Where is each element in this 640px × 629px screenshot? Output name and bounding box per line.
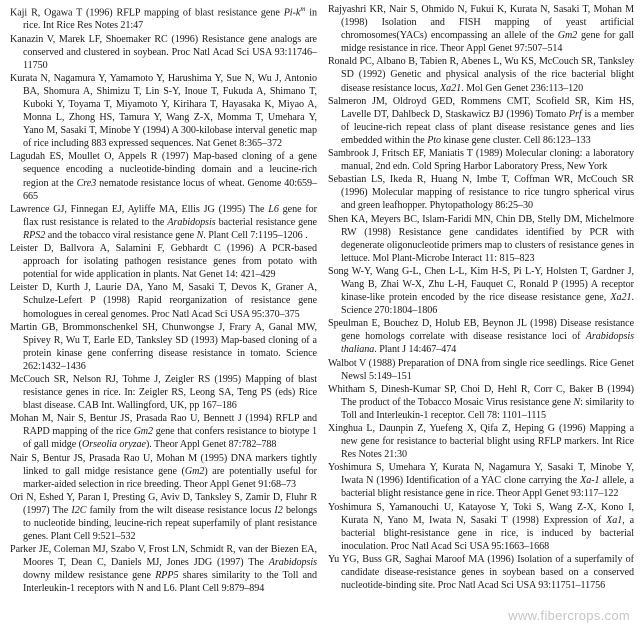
- italic-term: Gm2: [558, 30, 577, 41]
- reference-entry: Kaji R, Ogawa T (1996) RFLP mapping of b…: [10, 3, 317, 33]
- italic-term: N: [573, 397, 580, 408]
- reference-entry: Leister D, Kurth J, Laurie DA, Yano M, S…: [10, 281, 317, 320]
- reference-entry: McCouch SR, Nelson RJ, Tohme J, Zeigler …: [10, 373, 317, 412]
- italic-term: N: [197, 230, 204, 241]
- italic-term: Arabidopsis: [167, 217, 215, 228]
- italic-term: Arabidopsis: [269, 557, 317, 568]
- italic-term: I2C: [71, 505, 86, 516]
- reference-column-left: Kaji R, Ogawa T (1996) RFLP mapping of b…: [10, 3, 317, 629]
- reference-list-page: Kaji R, Ogawa T (1996) RFLP mapping of b…: [0, 0, 640, 629]
- reference-entry: Whitham S, Dinesh-Kumar SP, Choi D, Hehl…: [328, 383, 634, 422]
- italic-term: Xa-1: [580, 475, 599, 486]
- italic-term: Xa1: [606, 515, 622, 526]
- reference-entry: Mohan M, Nair S, Bentur JS, Prasada Rao …: [10, 412, 317, 451]
- reference-entry: Lagudah ES, Moullet O, Appels R (1997) M…: [10, 150, 317, 202]
- italic-term: Xa21: [440, 83, 461, 94]
- reference-entry: Parker JE, Coleman MJ, Szabo V, Frost LN…: [10, 543, 317, 595]
- reference-column-right: Rajyashri KR, Nair S, Ohmido N, Fukui K,…: [328, 3, 634, 629]
- reference-entry: Kurata N, Nagamura Y, Yamamoto Y, Harush…: [10, 72, 317, 151]
- reference-entry: Salmeron JM, Oldroyd GED, Rommens CMT, S…: [328, 95, 634, 147]
- watermark-text: www.fibercrops.com: [508, 608, 630, 623]
- italic-term: Xa21: [610, 292, 631, 303]
- italic-term: Pi-k: [284, 7, 301, 18]
- reference-entry: Martin GB, Brommonschenkel SH, Chunwongs…: [10, 321, 317, 373]
- reference-entry: Lawrence GJ, Finnegan EJ, Ayliffe MA, El…: [10, 203, 317, 242]
- reference-entry: Leister D, Ballvora A, Salamini F, Gebha…: [10, 242, 317, 281]
- reference-entry: Sebastian LS, Ikeda R, Huang N, Imbe T, …: [328, 173, 634, 212]
- italic-term: Orseolia oryzae: [82, 439, 146, 450]
- italic-term: RPP5: [155, 570, 178, 581]
- reference-entry: Shen KA, Meyers BC, Islam-Faridi MN, Chi…: [328, 213, 634, 265]
- reference-entry: Yu YG, Buss GR, Saghai Maroof MA (1996) …: [328, 553, 634, 592]
- reference-entry: Ronald PC, Albano B, Tabien R, Abenes L,…: [328, 55, 634, 94]
- reference-entry: Ori N, Eshed Y, Paran I, Presting G, Avi…: [10, 491, 317, 543]
- italic-term: Gm2: [134, 426, 153, 437]
- italic-term: Cre3: [77, 178, 97, 189]
- reference-entry: Walbot V (1988) Preparation of DNA from …: [328, 357, 634, 383]
- italic-term: Arabidopsis thaliana: [341, 331, 634, 355]
- italic-term: Gm2: [185, 466, 204, 477]
- superscript-text: m: [300, 5, 305, 13]
- reference-entry: Nair S, Bentur JS, Prasada Rao U, Mohan …: [10, 452, 317, 491]
- reference-entry: Rajyashri KR, Nair S, Ohmido N, Fukui K,…: [328, 3, 634, 55]
- reference-entry: Sambrook J, Fritsch EF, Maniatis T (1989…: [328, 147, 634, 173]
- reference-entry: Kanazin V, Marek LF, Shoemaker RC (1996)…: [10, 33, 317, 72]
- reference-entry: Song W-Y, Wang G-L, Chen L-L, Kim H-S, P…: [328, 265, 634, 317]
- italic-term: Prf: [569, 109, 582, 120]
- reference-entry: Speulman E, Bouchez D, Holub EB, Beynon …: [328, 317, 634, 356]
- italic-term: L6: [268, 204, 279, 215]
- italic-term: I2: [274, 505, 282, 516]
- italic-term: RPS2: [23, 230, 45, 241]
- italic-term: Pto: [427, 135, 441, 146]
- reference-entry: Yoshimura S, Umehara Y, Kurata N, Nagamu…: [328, 461, 634, 500]
- reference-entry: Yoshimura S, Yamanouchi U, Katayose Y, T…: [328, 501, 634, 553]
- reference-entry: Xinghua L, Daunpin Z, Yuefeng X, Qifa Z,…: [328, 422, 634, 461]
